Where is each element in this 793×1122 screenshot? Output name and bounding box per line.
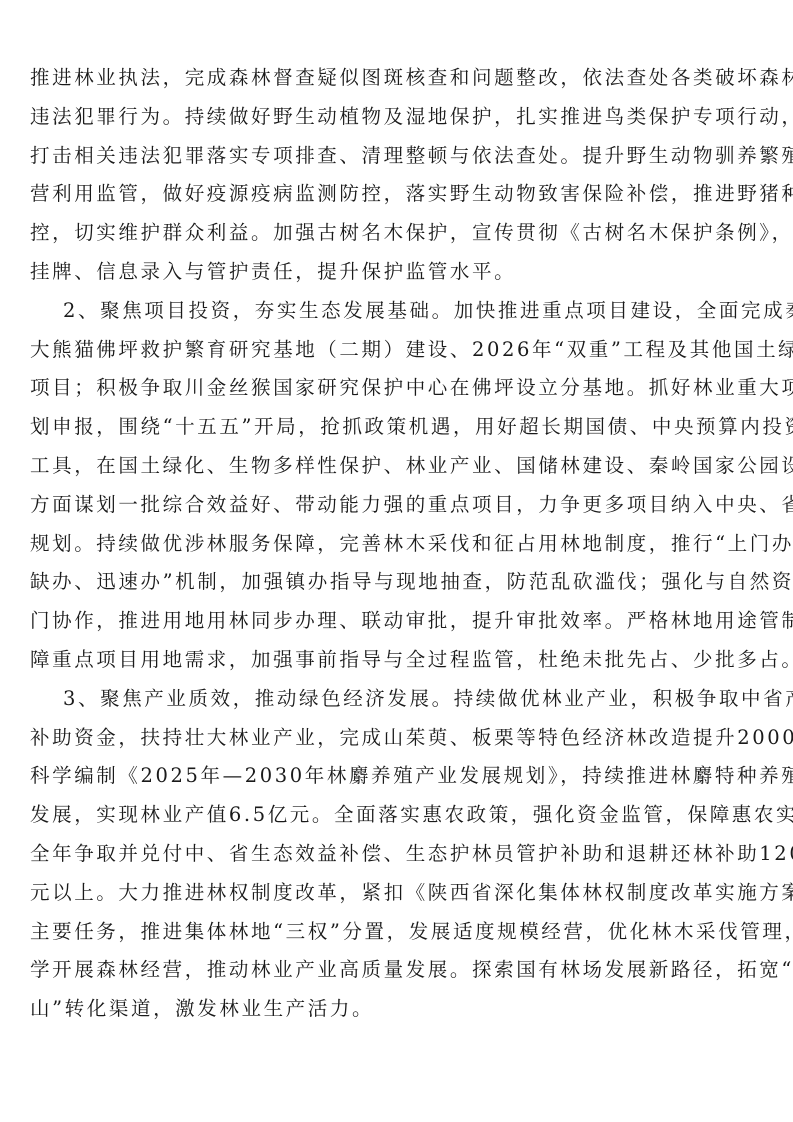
text-line: 缺办、迅速办”机制，加强镇办指导与现地抽查，防范乱砍滥伐；强化与自然资源部: [30, 567, 768, 606]
text-line: 推进林业执法，完成森林督查疑似图斑核查和问题整改，依法查处各类破坏森林资源: [30, 63, 768, 102]
text-line: 山”转化渠道，激发林业生产活力。: [30, 994, 768, 1033]
text-line: 项目；积极争取川金丝猴国家研究保护中心在佛坪设立分基地。抓好林业重大项目谋: [30, 373, 768, 412]
text-line: 全年争取并兑付中、省生态效益补偿、生态护林员管护补助和退耕还林补助1200万: [30, 839, 768, 878]
text-line: 挂牌、信息录入与管护责任，提升保护监管水平。: [30, 257, 768, 296]
text-line: 营利用监管，做好疫源疫病监测防控，落实野生动物致害保险补偿，推进野猪种群调: [30, 179, 768, 218]
paragraph-3: 3、聚焦产业质效，推动绿色经济发展。持续做优林业产业，积极争取中省产业 补助资金…: [30, 684, 770, 1033]
text-line: 划申报，围绕“十五五”开局，抢抓政策机遇，用好超长期国债、中央预算内投资等: [30, 412, 768, 451]
paragraph-2: 2、聚焦项目投资，夯实生态发展基础。加快推进重点项目建设，全面完成秦岭 大熊猫佛…: [30, 296, 770, 684]
text-line: 科学编制《2025年—2030年林麝养殖产业发展规划》，持续推进林麝特种养殖产业: [30, 761, 768, 800]
text-line: 规划。持续做优涉林服务保障，完善林木采伐和征占用林地制度，推行“上门办、容: [30, 529, 768, 568]
text-line: 工具，在国土绿化、生物多样性保护、林业产业、国储林建设、秦岭国家公园设立等: [30, 451, 768, 490]
text-line: 补助资金，扶持壮大林业产业，完成山茱萸、板栗等特色经济林改造提升2000亩，: [30, 723, 768, 762]
text-line: 打击相关违法犯罪落实专项排查、清理整顿与依法查处。提升野生动物驯养繁殖与经: [30, 141, 768, 180]
paragraph-1: 推进林业执法，完成森林督查疑似图斑核查和问题整改，依法查处各类破坏森林资源 违法…: [30, 63, 770, 296]
text-line: 大熊猫佛坪救护繁育研究基地（二期）建设、2026年“双重”工程及其他国土绿化: [30, 335, 768, 374]
text-line: 3、聚焦产业质效，推动绿色经济发展。持续做优林业产业，积极争取中省产业: [30, 684, 768, 723]
text-line: 发展，实现林业产值6.5亿元。全面落实惠农政策，强化资金监管，保障惠农实效，: [30, 800, 768, 839]
text-line: 障重点项目用地需求，加强事前指导与全过程监管，杜绝未批先占、少批多占。: [30, 645, 768, 684]
text-line: 违法犯罪行为。持续做好野生动植物及湿地保护，扎实推进鸟类保护专项行动，严厉: [30, 102, 768, 141]
text-line: 主要任务，推进集体林地“三权”分置，发展适度规模经营，优化林木采伐管理，科: [30, 917, 768, 956]
text-line: 元以上。大力推进林权制度改革，紧扣《陕西省深化集体林权制度改革实施方案》的: [30, 878, 768, 917]
text-line: 控，切实维护群众利益。加强古树名木保护，宣传贯彻《古树名木保护条例》，落实: [30, 218, 768, 257]
text-line: 2、聚焦项目投资，夯实生态发展基础。加快推进重点项目建设，全面完成秦岭: [30, 296, 768, 335]
text-line: 学开展森林经营，推动林业产业高质量发展。探索国有林场发展新路径，拓宽“两: [30, 955, 768, 994]
text-line: 门协作，推进用地用林同步办理、联动审批，提升审批效率。严格林地用途管制，保: [30, 606, 768, 645]
text-line: 方面谋划一批综合效益好、带动能力强的重点项目，力争更多项目纳入中央、省、市: [30, 490, 768, 529]
document-page: 推进林业执法，完成森林督查疑似图斑核查和问题整改，依法查处各类破坏森林资源 违法…: [30, 63, 770, 1033]
